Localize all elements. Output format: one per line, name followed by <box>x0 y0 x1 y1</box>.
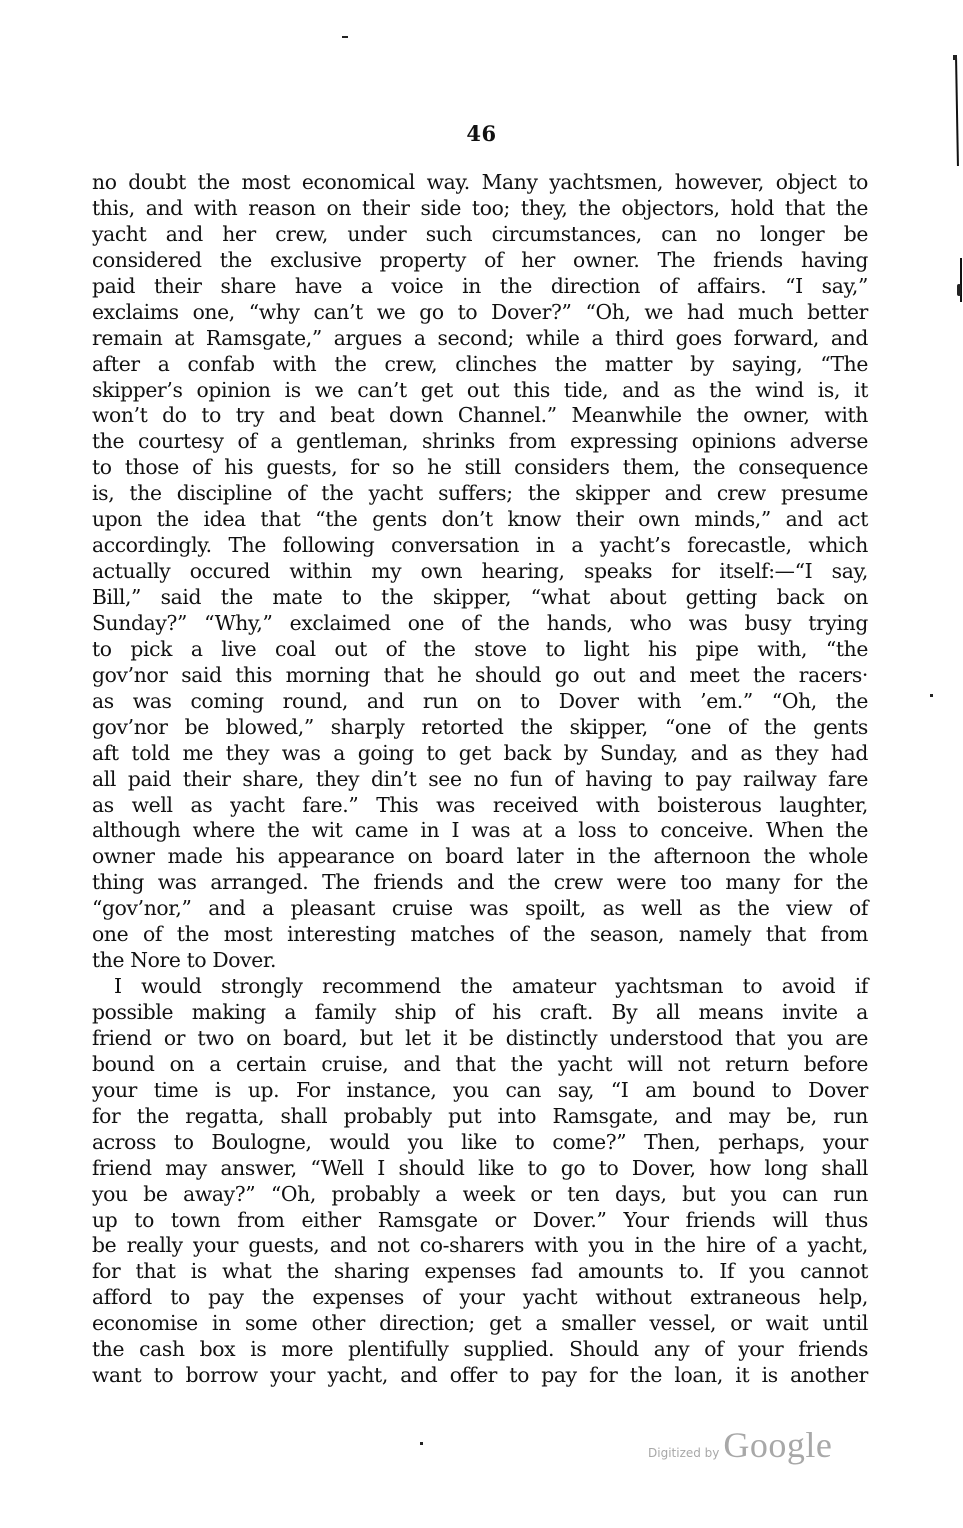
text-line: after a confab with the crew, clinches t… <box>92 352 868 378</box>
text-line: won’t do to try and beat down Channel.” … <box>92 403 868 429</box>
text-line: possible making a family ship of his cra… <box>92 1000 868 1026</box>
text-line: I would strongly recommend the amateur y… <box>92 974 868 1000</box>
text-line: no doubt the most economical way. Many y… <box>92 170 868 196</box>
text-line: one of the most interesting matches of t… <box>92 922 868 948</box>
text-line: considered the exclusive property of her… <box>92 248 868 274</box>
text-line: the Nore to Dover. <box>92 948 868 974</box>
text-line: friend or two on board, but let it be di… <box>92 1026 868 1052</box>
scan-edge-mark-upper <box>955 58 959 166</box>
text-line: for the regatta, shall probably put into… <box>92 1104 868 1130</box>
text-line: is, the discipline of the yacht suffers;… <box>92 481 868 507</box>
text-line: the courtesy of a gentleman, shrinks fro… <box>92 429 868 455</box>
text-line: gov’nor said this morning that he should… <box>92 663 868 689</box>
text-line: afford to pay the expenses of your yacht… <box>92 1285 868 1311</box>
text-line: to pick a live coal out of the stove to … <box>92 637 868 663</box>
watermark-prefix: Digitized by <box>648 1446 719 1460</box>
digitized-by-google-watermark: Digitized by Google <box>648 1424 832 1466</box>
scan-speck-bottom <box>420 1442 423 1445</box>
text-line: “gov’nor,” and a pleasant cruise was spo… <box>92 896 868 922</box>
text-line: for that is what the sharing expenses fa… <box>92 1259 868 1285</box>
text-line: Sunday?” “Why,” exclaimed one of the han… <box>92 611 868 637</box>
text-line: skipper’s opinion is we can’t get out th… <box>92 378 868 404</box>
text-line: yacht and her crew, under such circumsta… <box>92 222 868 248</box>
text-line: as well as yacht fare.” This was receive… <box>92 793 868 819</box>
text-line: across to Boulogne, would you like to co… <box>92 1130 868 1156</box>
text-line: bound on a certain cruise, and that the … <box>92 1052 868 1078</box>
text-line: actually occured within my own hearing, … <box>92 559 868 585</box>
text-line: owner made his appearance on board later… <box>92 844 868 870</box>
text-line: up to town from either Ramsgate or Dover… <box>92 1208 868 1234</box>
text-line: thing was arranged. The friends and the … <box>92 870 868 896</box>
scan-edge-hook <box>953 55 957 60</box>
text-line: although where the wit came in I was at … <box>92 818 868 844</box>
text-line: aft told me they was a going to get back… <box>92 741 868 767</box>
text-line: this, and with reason on their side too;… <box>92 196 868 222</box>
page-number: 46 <box>0 121 963 146</box>
text-line: accordingly. The following conversation … <box>92 533 868 559</box>
text-line: you be away?” “Oh, probably a week or te… <box>92 1182 868 1208</box>
text-line: be really your guests, and not co-sharer… <box>92 1233 868 1259</box>
text-line: upon the idea that “the gents don’t know… <box>92 507 868 533</box>
text-line: friend may answer, “Well I should like t… <box>92 1156 868 1182</box>
text-line: paid their share have a voice in the dir… <box>92 274 868 300</box>
text-line: all paid their share, they din’t see no … <box>92 767 868 793</box>
text-line: gov’nor be blowed,” sharply retorted the… <box>92 715 868 741</box>
text-line: remain at Ramsgate,” argues a second; wh… <box>92 326 868 352</box>
text-line: Bill,” said the mate to the skipper, “wh… <box>92 585 868 611</box>
text-line: to those of his guests, for so he still … <box>92 455 868 481</box>
text-line: as was coming round, and run on to Dover… <box>92 689 868 715</box>
text-line: economise in some other direction; get a… <box>92 1311 868 1337</box>
body-text: no doubt the most economical way. Many y… <box>92 170 868 1389</box>
text-line: exclaims one, “why can’t we go to Dover?… <box>92 300 868 326</box>
text-line: your time is up. For instance, you can s… <box>92 1078 868 1104</box>
scan-speck-right <box>930 694 933 697</box>
google-logo-text: Google <box>723 1424 832 1466</box>
text-line: the cash box is more plentifully supplie… <box>92 1337 868 1363</box>
scan-speck-top <box>342 36 348 38</box>
scan-edge-blot <box>957 284 961 296</box>
text-line: want to borrow your yacht, and offer to … <box>92 1363 868 1389</box>
